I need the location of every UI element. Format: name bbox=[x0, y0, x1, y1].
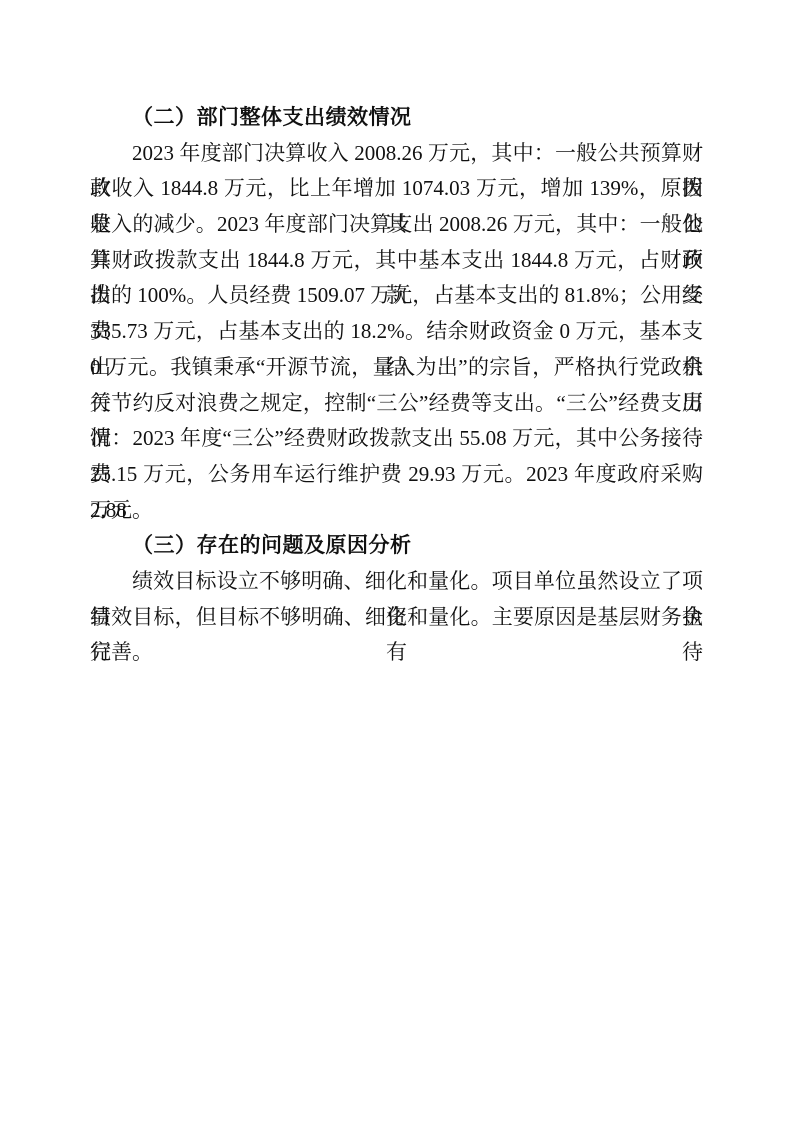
body-line: 收入的减少。2023 年度部门决算支出 2008.26 万元，其中：一般公共预 bbox=[90, 207, 703, 243]
body-line: 算财政拨款支出 1844.8 万元，其中基本支出 1844.8 万元，占财政拨款… bbox=[90, 243, 703, 279]
body-line: 款收入 1844.8 万元，比上年增加 1074.03 万元，增加 139%，原… bbox=[90, 171, 703, 207]
body-line: 335.73 万元，占基本支出的 18.2%。结余财政资金 0 万元，基本支出结… bbox=[90, 314, 703, 350]
body-line: 况：2023 年度“三公”经费财政拨款支出 55.08 万元，其中公务接待费 bbox=[90, 421, 703, 457]
body-line: 出的 100%。人员经费 1509.07 万元，占基本支出的 81.8%；公用经… bbox=[90, 278, 703, 314]
body-line: 绩效目标，但目标不够明确、细化和量化。主要原因是基层财务执行有待 bbox=[90, 600, 703, 636]
body-line: 行节约反对浪费之规定，控制“三公”经费等支出。“三公”经费支出情 bbox=[90, 386, 703, 422]
section-heading-expenditure-performance: （二）部门整体支出绩效情况 bbox=[90, 100, 703, 136]
body-line: 绩效目标设立不够明确、细化和量化。项目单位虽然设立了项目资金 bbox=[90, 564, 703, 600]
document-page: （二）部门整体支出绩效情况 2023 年度部门决算收入 2008.26 万元，其… bbox=[0, 0, 793, 1122]
body-line: 2023 年度部门决算收入 2008.26 万元，其中：一般公共预算财政拨 bbox=[90, 136, 703, 172]
body-line: 万元。 bbox=[90, 493, 703, 529]
body-line: 25.15 万元，公务用车运行维护费 29.93 万元。2023 年度政府采购 … bbox=[90, 457, 703, 493]
body-line: 0 万元。我镇秉承“开源节流，量入为出”的宗旨，严格执行党政机关厉 bbox=[90, 350, 703, 386]
section-heading-problems-analysis: （三）存在的问题及原因分析 bbox=[90, 528, 703, 564]
